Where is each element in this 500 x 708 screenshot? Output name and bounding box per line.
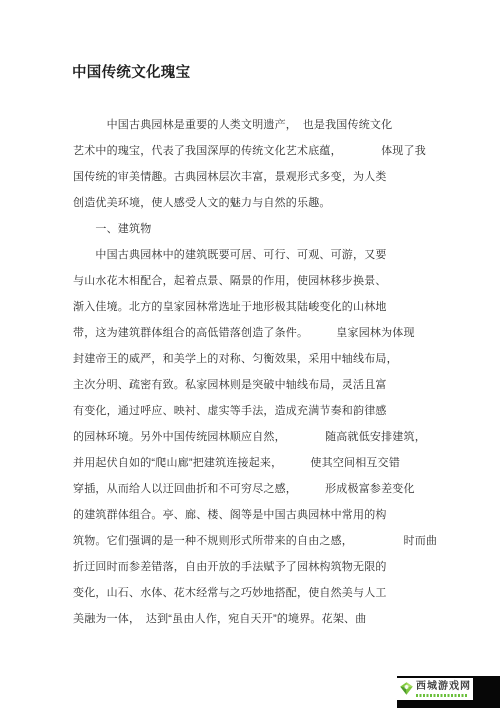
text-line: 渐入佳境。北方的皇家园林常选址于地形极其陆峻变化的山林地 [73,294,453,320]
text-line: 变化，山石、水体、花木经常与之巧妙地搭配，使自然美与人工 [73,580,453,606]
text-line: 中国古典园林是重要的人类文明遗产， 也是我国传统文化 [73,112,453,138]
text-line: 美融为一体， 达到“虽由人作，宛自天开”的境界。花架、曲 [73,606,453,632]
text-line: 穿插，从而给人以迂回曲折和不可穷尽之感， 形成极富参差变化 [73,476,453,502]
page-title: 中国传统文化瑰宝 [72,61,190,82]
text-line: 创造优美环境，使人感受人文的魅力与自然的乐趣。 [73,190,453,216]
text-line: 主次分明、疏密有致。私家园林则是突破中轴线布局，灵活且富 [73,372,453,398]
text-line: 折迂回时而参差错落，自由开放的手法赋予了园林构筑物无限的 [73,554,453,580]
document-page: 中国传统文化瑰宝 中国古典园林是重要的人类文明遗产， 也是我国传统文化艺术中的瑰… [0,0,500,708]
logo-tagline [416,694,468,697]
text-line: 并用起伏自如的“爬山廊”把建筑连接起来， 使其空间相互交错 [73,450,453,476]
watermark-site-name: 西城游戏网 [416,680,471,693]
document-body: 中国古典园林是重要的人类文明遗产， 也是我国传统文化艺术中的瑰宝，代表了我国深厚… [73,112,453,632]
text-line: 筑物。它们强调的是一种不规则形式所带来的自由之感， 时而曲 [73,528,453,554]
text-line: 的园林环境。另外中国传统园林顺应自然， 随高就低安排建筑， [73,424,453,450]
text-line: 的建筑群体组合。亭、廊、楼、阁等是中国古典园林中常用的构 [73,502,453,528]
text-line: 封建帝王的威严，和美学上的对称、匀衡效果，采用中轴线布局， [73,346,453,372]
text-line: 与山水花木相配合，起着点景、隔景的作用，使园林移步换景、 [73,268,453,294]
text-line: 国传统的审美情趣。古典园林层次丰富，景观形式多变，为人类 [73,164,453,190]
text-line: 一、建筑物 [73,216,453,242]
watermark-text-column: 西城游戏网 [416,680,471,697]
site-watermark: 西城游戏网 [397,676,500,708]
green-gem-icon [399,681,414,696]
text-line: 中国古典园林中的建筑既要可居、可行、可观、可游，又要 [73,242,453,268]
watermark-logo-card: 西城游戏网 [397,678,473,700]
text-line: 有变化，通过呼应、映衬、虚实等手法，造成充满节奏和韵律感 [73,398,453,424]
text-line: 艺术中的瑰宝，代表了我国深厚的传统文化艺术底蕴， 体现了我 [73,138,453,164]
text-line: 带，这为建筑群体组合的高低错落创造了条件。 皇家园林为体现 [73,320,453,346]
